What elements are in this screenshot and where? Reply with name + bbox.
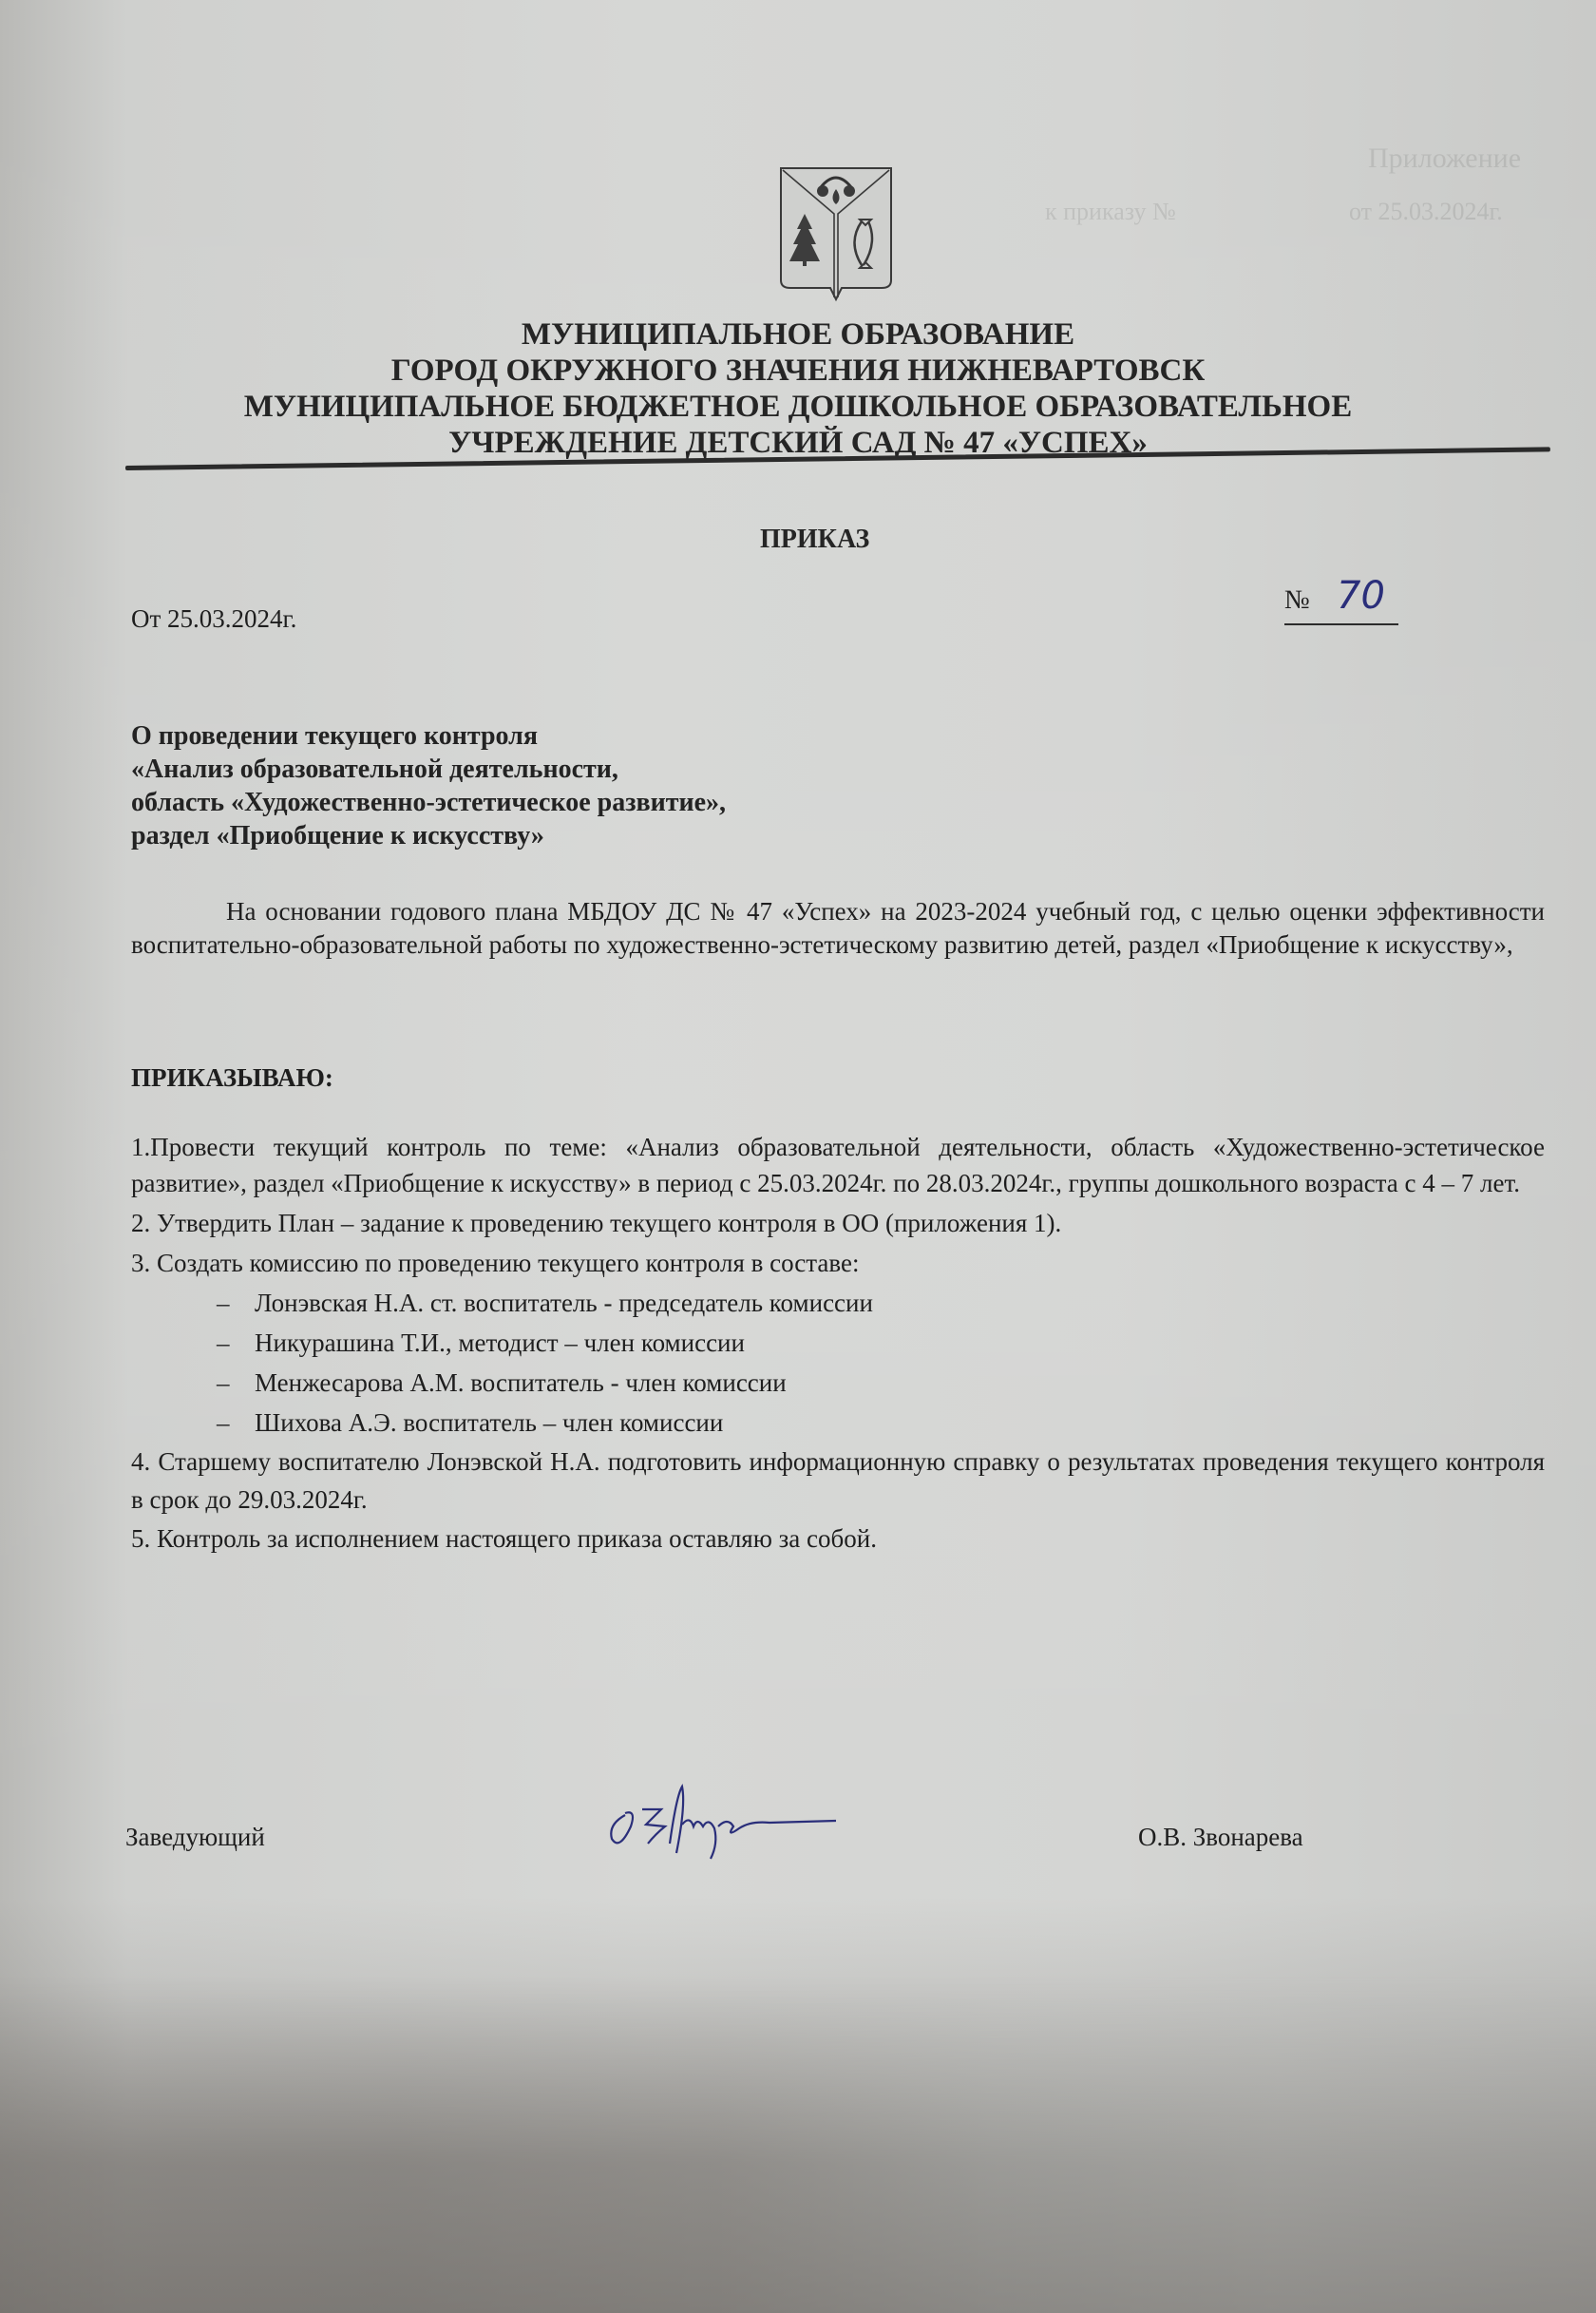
header-line: ГОРОД ОКРУЖНОГО ЗНАЧЕНИЯ НИЖНЕВАРТОВСК: [123, 353, 1472, 389]
signatory-position: Заведующий: [125, 1823, 265, 1852]
subject-line: «Анализ образовательной деятельности,: [131, 753, 726, 786]
member-text: Менжесарова А.М. воспитатель - член коми…: [255, 1368, 787, 1397]
document-title: ПРИКАЗ: [760, 525, 869, 555]
commission-member: –Никурашина Т.И., методист – член комисс…: [131, 1323, 1545, 1363]
handwritten-number: 70: [1337, 574, 1385, 618]
commission-member: –Менжесарова А.М. воспитатель - член ком…: [131, 1363, 1545, 1403]
preamble: На основании годового плана МБДОУ ДС № 4…: [131, 895, 1545, 962]
order-item-2: 2. Утвердить План – задание к проведению…: [131, 1203, 1545, 1243]
member-text: Никурашина Т.И., методист – член комисси…: [255, 1329, 745, 1357]
header-line: МУНИЦИПАЛЬНОЕ ОБРАЗОВАНИЕ: [123, 316, 1472, 353]
signatory-name: О.В. Звонарева: [1138, 1823, 1303, 1852]
dash-bullet: –: [217, 1323, 230, 1363]
member-text: Лонэвская Н.А. ст. воспитатель - председ…: [255, 1289, 873, 1317]
dash-bullet: –: [217, 1363, 230, 1403]
header-line: МУНИЦИПАЛЬНОЕ БЮДЖЕТНОЕ ДОШКОЛЬНОЕ ОБРАЗ…: [123, 389, 1472, 425]
order-number: № 70: [1284, 585, 1398, 625]
member-text: Шихова А.Э. воспитатель – член комиссии: [255, 1408, 723, 1437]
subject-line: область «Художественно-эстетическое разв…: [131, 786, 726, 819]
order-subject: О проведении текущего контроля «Анализ о…: [131, 719, 726, 852]
order-item-3: 3. Создать комиссию по проведению текуще…: [131, 1243, 1545, 1283]
commission-member: –Лонэвская Н.А. ст. воспитатель - предсе…: [131, 1283, 1545, 1323]
number-sign: №: [1284, 585, 1310, 615]
handwritten-signature: [598, 1768, 855, 1863]
order-item-4: 4. Старшему воспитателю Лонэвской Н.А. п…: [131, 1443, 1545, 1519]
commission-member: –Шихова А.Э. воспитатель – член комиссии: [131, 1403, 1545, 1443]
order-item-1: 1.Провести текущий контроль по теме: «Ан…: [131, 1129, 1545, 1201]
header-line: УЧРЕЖДЕНИЕ ДЕТСКИЙ САД № 47 «УСПЕХ»: [123, 425, 1472, 461]
preamble-block: На основании годового плана МБДОУ ДС № 4…: [131, 895, 1545, 962]
nizhnevartovsk-coat-of-arms-icon: [779, 166, 893, 304]
bleed-through-text: Приложение: [1368, 143, 1521, 175]
institution-header: МУНИЦИПАЛЬНОЕ ОБРАЗОВАНИЕ ГОРОД ОКРУЖНОГ…: [123, 316, 1472, 461]
photo-shadow: [0, 1977, 1596, 2313]
orders-heading: ПРИКАЗЫВАЮ:: [131, 1063, 333, 1093]
bleed-through-text: к приказу №: [1045, 198, 1176, 226]
dash-bullet: –: [217, 1283, 230, 1323]
bleed-through-text: от 25.03.2024г.: [1349, 198, 1503, 226]
order-items: 1.Провести текущий контроль по теме: «Ан…: [131, 1129, 1545, 1558]
subject-line: раздел «Приобщение к искусству»: [131, 819, 726, 852]
commission-list: –Лонэвская Н.А. ст. воспитатель - предсе…: [131, 1283, 1545, 1443]
dash-bullet: –: [217, 1403, 230, 1443]
order-date: От 25.03.2024г.: [131, 604, 296, 634]
order-item-5: 5. Контроль за исполнением настоящего пр…: [131, 1519, 1545, 1558]
subject-line: О проведении текущего контроля: [131, 719, 726, 753]
